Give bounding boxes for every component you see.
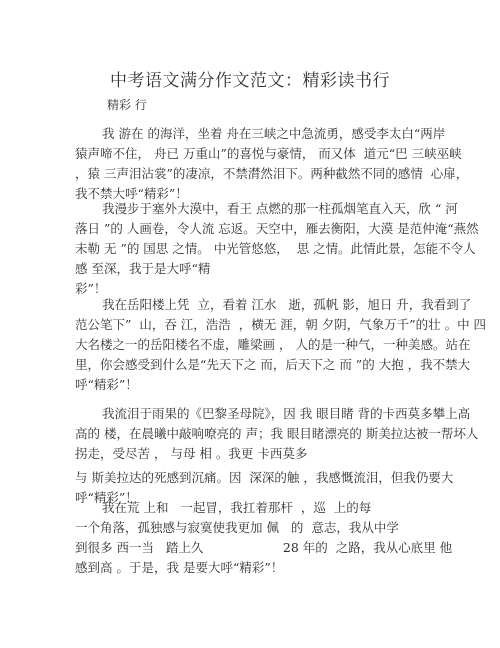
paragraph-line: 与 斯美拉达的死感到沉痛。因 深深的触 ，我感慨流泪，但我仍要大 bbox=[75, 468, 425, 488]
document-page: 中考语文满分作文范文：精彩读书行 精彩 行 我 游在 的海洋，坐着 舟在三峡之中… bbox=[0, 0, 500, 648]
paragraph-line: 高的 楼，在晨曦中敲响嘹亮的 声；我 眼目睹漂亮的 斯美拉达被一帮坏人 bbox=[75, 424, 425, 444]
paragraph-line: ，猿 三声泪沾裳”的凄凉，不禁潸然泪下。两种截然不同的感情 心扉， bbox=[75, 164, 425, 184]
page-subtitle: 精彩 行 bbox=[107, 96, 147, 113]
paragraph-line: 一个角落，孤独感与寂寞使我更加 佩 的 意志，我从中学 bbox=[75, 518, 425, 538]
paragraph-line: 感 至深，我于是大呼“精 bbox=[75, 259, 425, 279]
paragraph-3: 我在岳阳楼上凭 立，看着 江水 逝，孤帆 影，旭日 升，我看到了 范公笔下” 山… bbox=[75, 295, 425, 395]
paragraph-1: 我 游在 的海洋，坐着 舟在三峡之中急流勇，感受李太白“两岸 猿声啼不住， 舟已… bbox=[75, 124, 425, 204]
paragraph-2: 我漫步于塞外大漠中，看王 点燃的那一柱孤烟笔直入天，欣 “ 河 落日 ”的 人画… bbox=[75, 199, 425, 299]
paragraph-line: 我流泪于雨果的《巴黎圣母院》，因 我 眼目睹 背的卡西莫多攀上高 bbox=[75, 404, 425, 424]
paragraph-line: 里，你会感受到什么是“先天下之 而，后天下之 而 ”的 大抱 ，我不禁大 bbox=[75, 355, 425, 375]
page-title: 中考语文满分作文范文：精彩读书行 bbox=[0, 66, 500, 91]
paragraph-line: 我漫步于塞外大漠中，看王 点燃的那一柱孤烟笔直入天，欣 “ 河 bbox=[75, 199, 425, 219]
paragraph-line: 未勒 无 ”的 国思 之情。 中光管悠悠， 思 之情。此情此景，怎能不令人 bbox=[75, 239, 425, 259]
paragraph-line: 落日 ”的 人画卷，令人流 忘返。天空中，雁去衡阳，大漠 是范仲淹“燕然 bbox=[75, 219, 425, 239]
paragraph-line: 我 游在 的海洋，坐着 舟在三峡之中急流勇，感受李太白“两岸 bbox=[75, 124, 425, 144]
paragraph-line: 呼“精彩”！ bbox=[75, 375, 425, 395]
paragraph-4: 我流泪于雨果的《巴黎圣母院》，因 我 眼目睹 背的卡西莫多攀上高 高的 楼，在晨… bbox=[75, 404, 425, 508]
paragraph-line: 拐走，受尽苦 ， 与母 相 。我更 卡西莫多 bbox=[75, 444, 425, 464]
paragraph-line: 大名楼之一的岳阳楼名不虚，雕梁画 ， 人的是一种气，一种美感。站在 bbox=[75, 335, 425, 355]
paragraph-line: 范公笔下” 山，吞 江，浩浩 ，横无 涯，朝 夕阴，气象万千”的壮 。中 四 bbox=[75, 315, 425, 335]
paragraph-line: 感到高 。于是，我 是要大呼“精彩”！ bbox=[75, 558, 425, 578]
paragraph-line: 我在岳阳楼上凭 立，看着 江水 逝，孤帆 影，旭日 升，我看到了 bbox=[75, 295, 425, 315]
paragraph-line: 猿声啼不住， 舟已 万重山”的喜悦与豪情， 而又体 道元“巴 三峡巫峡 bbox=[75, 144, 425, 164]
paragraph-5: 我在荒 上和 一起冒，我扛着那杆 ，巡 上的每 一个角落，孤独感与寂寞使我更加 … bbox=[75, 498, 425, 578]
paragraph-line: 到很多 西一当 踏上久 28 年的 之路，我从心底里 他 bbox=[75, 538, 425, 558]
paragraph-line: 我在荒 上和 一起冒，我扛着那杆 ，巡 上的每 bbox=[75, 498, 425, 518]
